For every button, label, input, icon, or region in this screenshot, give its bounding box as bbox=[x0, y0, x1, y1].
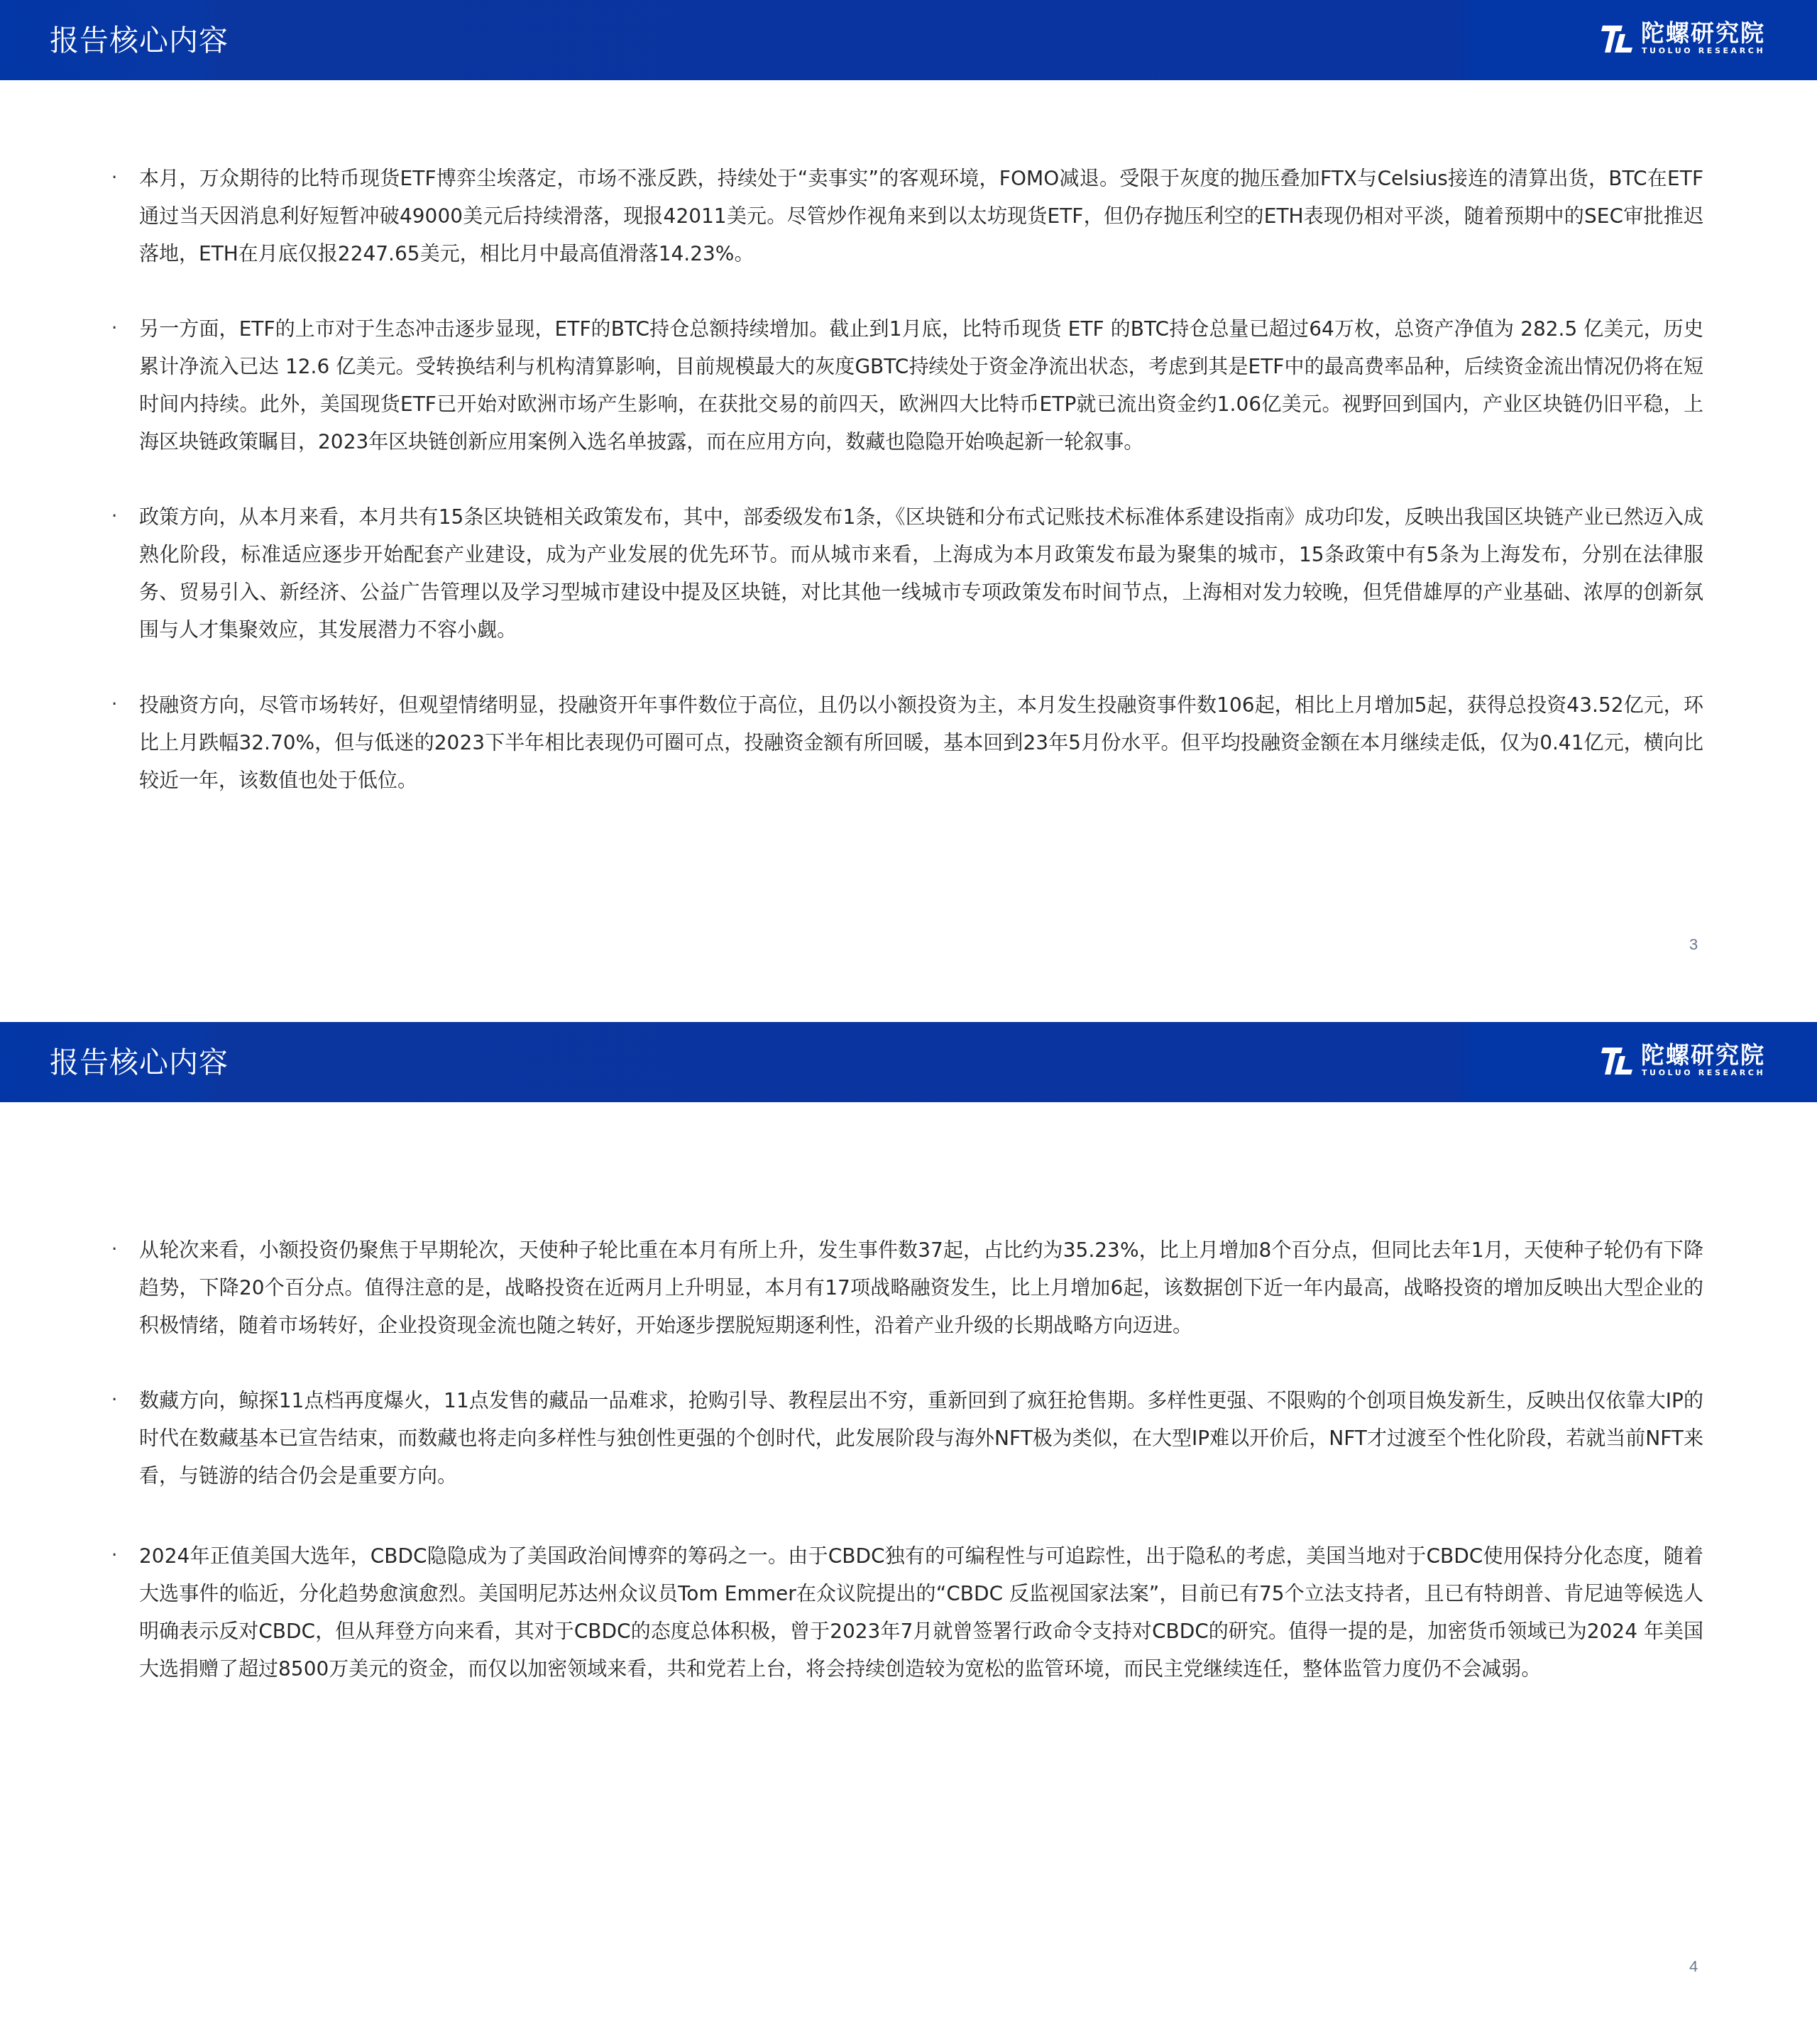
page-title: 报告核心内容 bbox=[50, 1043, 229, 1082]
page-header: 报告核心内容 陀螺研究院 TUOLUO RESEARCH bbox=[0, 1022, 1817, 1102]
bullet-paragraph: · 政策方向，从本月来看，本月共有15条区块链相关政策发布，其中，部委级发布1条… bbox=[106, 498, 1703, 649]
paragraph-text: 投融资方向，尽管市场转好，但观望情绪明显，投融资开年事件数位于高位，且仍以小额投… bbox=[139, 693, 1703, 792]
logo-chinese-name: 陀螺研究院 bbox=[1641, 1042, 1765, 1069]
bullet-dot-icon: · bbox=[111, 686, 117, 724]
page-header: 报告核心内容 陀螺研究院 TUOLUO RESEARCH bbox=[0, 0, 1817, 80]
bullet-dot-icon: · bbox=[111, 1231, 117, 1269]
tl-logo-icon bbox=[1601, 24, 1635, 54]
paragraph-text: 2024年正值美国大选年，CBDC隐隐成为了美国政治间博弈的筹码之一。由于CBD… bbox=[139, 1544, 1703, 1681]
bullet-dot-icon: · bbox=[111, 498, 117, 536]
paragraph-text: 数藏方向，鲸探11点档再度爆火，11点发售的藏品一品难求，抢购引导、教程层出不穷… bbox=[139, 1389, 1703, 1488]
bullet-dot-icon: · bbox=[111, 310, 117, 348]
bullet-dot-icon: · bbox=[111, 1537, 117, 1575]
bullet-paragraph: · 数藏方向，鲸探11点档再度爆火，11点发售的藏品一品难求，抢购引导、教程层出… bbox=[106, 1382, 1703, 1495]
content-body: · 从轮次来看，小额投资仍聚焦于早期轮次，天使种子轮比重在本月有所上升，发生事件… bbox=[106, 1231, 1703, 1688]
logo-english-name: TUOLUO RESEARCH bbox=[1642, 46, 1765, 55]
bullet-paragraph: · 本月，万众期待的比特币现货ETF博弈尘埃落定，市场不涨反跌，持续处于“卖事实… bbox=[106, 160, 1703, 273]
page-number: 3 bbox=[1689, 935, 1698, 954]
report-page-4: 报告核心内容 陀螺研究院 TUOLUO RESEARCH · 从轮次来看，小额投… bbox=[0, 1022, 1817, 2044]
paragraph-text: 从轮次来看，小额投资仍聚焦于早期轮次，天使种子轮比重在本月有所上升，发生事件数3… bbox=[139, 1238, 1703, 1337]
bullet-paragraph: · 2024年正值美国大选年，CBDC隐隐成为了美国政治间博弈的筹码之一。由于C… bbox=[106, 1537, 1703, 1688]
bullet-dot-icon: · bbox=[111, 1382, 117, 1419]
bullet-dot-icon: · bbox=[111, 160, 117, 197]
paragraph-text: 另一方面，ETF的上市对于生态冲击逐步显现，ETF的BTC持仓总额持续增加。截止… bbox=[139, 317, 1703, 454]
tuoluo-logo: 陀螺研究院 TUOLUO RESEARCH bbox=[1601, 1045, 1774, 1080]
page-number: 4 bbox=[1689, 1957, 1698, 1976]
paragraph-text: 本月，万众期待的比特币现货ETF博弈尘埃落定，市场不涨反跌，持续处于“卖事实”的… bbox=[139, 167, 1703, 265]
bullet-paragraph: · 投融资方向，尽管市场转好，但观望情绪明显，投融资开年事件数位于高位，且仍以小… bbox=[106, 686, 1703, 799]
page-title: 报告核心内容 bbox=[50, 21, 229, 60]
paragraph-text: 政策方向，从本月来看，本月共有15条区块链相关政策发布，其中，部委级发布1条，《… bbox=[139, 505, 1703, 642]
logo-english-name: TUOLUO RESEARCH bbox=[1642, 1068, 1765, 1077]
tuoluo-logo: 陀螺研究院 TUOLUO RESEARCH bbox=[1601, 23, 1774, 58]
bullet-paragraph: · 从轮次来看，小额投资仍聚焦于早期轮次，天使种子轮比重在本月有所上升，发生事件… bbox=[106, 1231, 1703, 1344]
report-page-3: 报告核心内容 陀螺研究院 TUOLUO RESEARCH · 本月，万众期待的比… bbox=[0, 0, 1817, 1022]
logo-chinese-name: 陀螺研究院 bbox=[1641, 20, 1765, 47]
tl-logo-icon bbox=[1601, 1046, 1635, 1076]
content-body: · 本月，万众期待的比特币现货ETF博弈尘埃落定，市场不涨反跌，持续处于“卖事实… bbox=[106, 160, 1703, 799]
bullet-paragraph: · 另一方面，ETF的上市对于生态冲击逐步显现，ETF的BTC持仓总额持续增加。… bbox=[106, 310, 1703, 461]
